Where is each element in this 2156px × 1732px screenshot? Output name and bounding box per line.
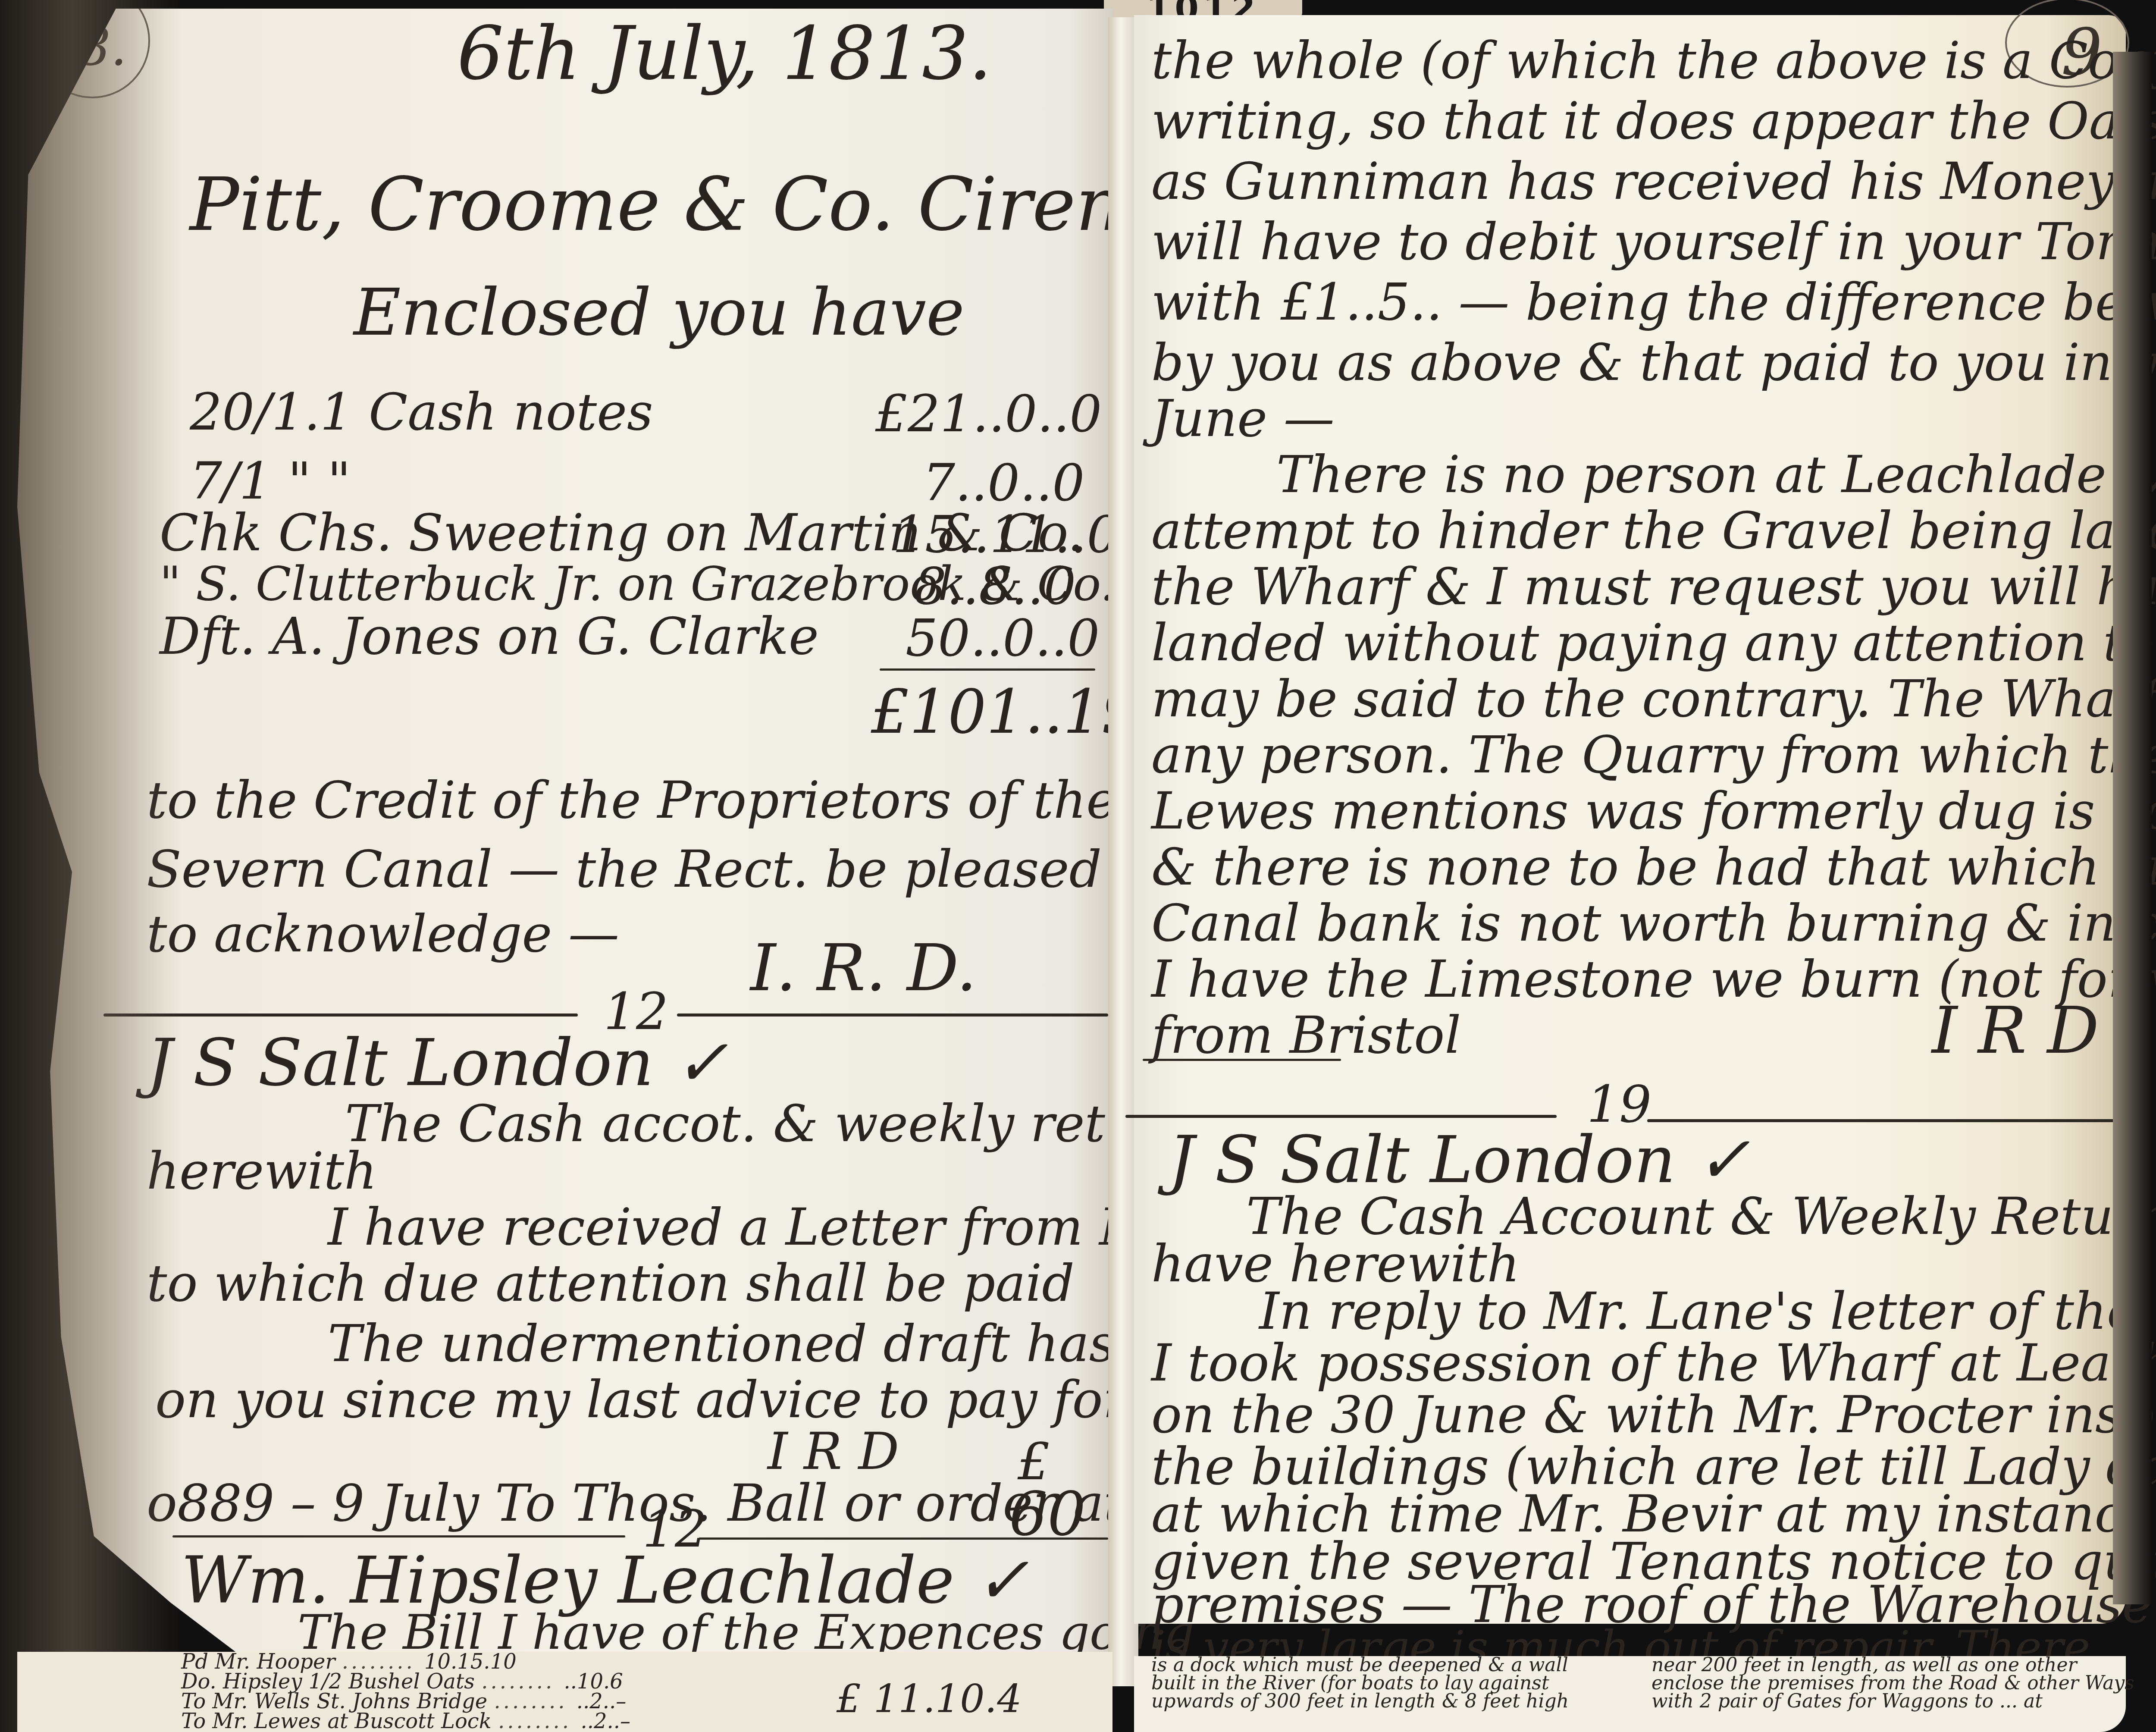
expense-amount: ..2..– xyxy=(580,1709,630,1732)
right-page-bottom-lines: is a dock which must be deepened & a wal… xyxy=(1134,1656,2126,1732)
page-block-edge xyxy=(2113,52,2152,1604)
expense-item: Do. Hipsley 1/2 Bushel Oats ........ ..1… xyxy=(181,1672,623,1691)
expenses-list: Pd Mr. Hooper ........ 10.15.10 Do. Hips… xyxy=(17,1652,1112,1732)
letter-body-line: upwards of 300 feet in length & 8 feet h… xyxy=(1151,1692,1569,1710)
archive-label: 1012 xyxy=(1147,0,1260,17)
expense-item: To Mr. Wells St. Johns Bridge ........ .… xyxy=(181,1691,626,1711)
letter-body-line: with 2 pair of Gates for Waggons to ... … xyxy=(1651,1692,2043,1710)
archive-label-tab: 1012 xyxy=(1104,0,1302,17)
letter-3-addressee: Wm. Hipsley Leachlade ✓ xyxy=(181,1553,1029,1609)
letter-body-line: is a dock which must be deepened & a wal… xyxy=(1151,1656,1568,1674)
left-page-lower: 12 Wm. Hipsley Leachlade ✓ The Bill I ha… xyxy=(17,9,1112,1669)
letter-body-line: built in the River (for boats to lay aga… xyxy=(1151,1674,1549,1692)
letter-body-line: enclose the premises from the Road & oth… xyxy=(1651,1674,2134,1692)
entry-divider xyxy=(172,1535,625,1537)
letter-body-line: near 200 feet in length, as well as one … xyxy=(1651,1656,2077,1674)
entry-divider xyxy=(699,1537,1108,1540)
right-page-lower: is very large is much out of repair. The… xyxy=(1134,15,2126,1732)
expense-description: To Mr. Lewes at Buscott Lock xyxy=(181,1709,492,1732)
open-letter-book: 1012 8. 6th July, 1813. Pitt, Croome & C… xyxy=(0,0,2156,1732)
expense-item: Pd Mr. Hooper ........ 10.15.10 xyxy=(181,1652,517,1672)
expense-item: To Mr. Lewes at Buscott Lock ........ ..… xyxy=(181,1711,630,1731)
expenses-total: £ 11.10.4 xyxy=(837,1678,1022,1721)
